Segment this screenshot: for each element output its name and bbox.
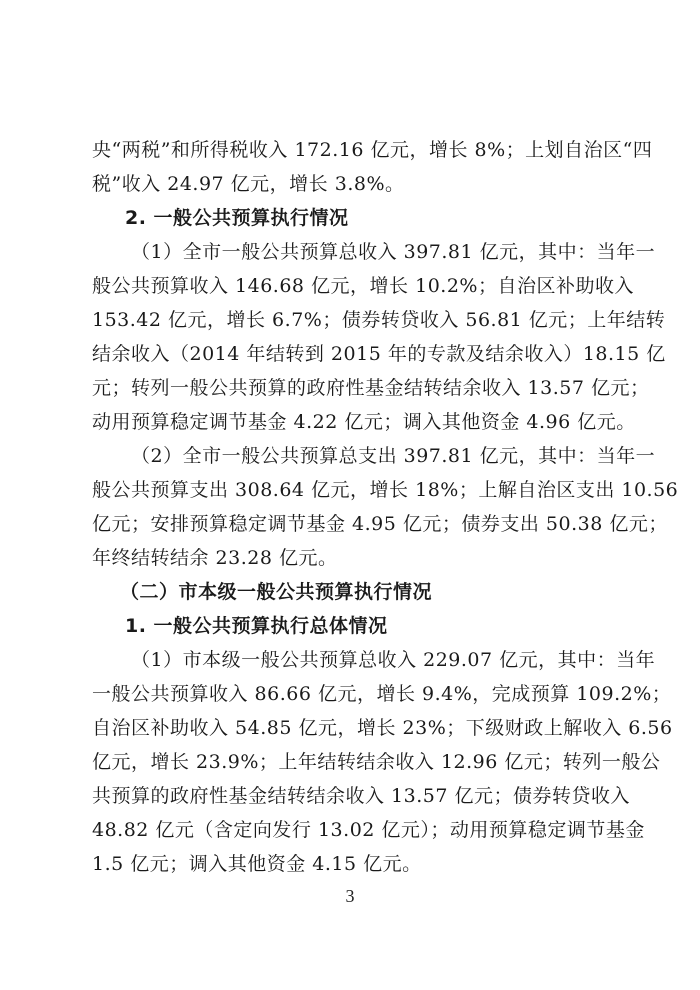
body-line: 税”收入 24.97 亿元，增长 3.8%。 (92, 167, 610, 201)
paragraph-start-line: （1）全市一般公共预算总收入 397.81 亿元，其中：当年一 (131, 235, 610, 269)
body-line: 1.5 亿元；调入其他资金 4.15 亿元。 (92, 847, 610, 881)
body-line: 结余收入（2014 年结转到 2015 年的专款及结余收入）18.15 亿 (92, 337, 610, 371)
body-line: 48.82 亿元（含定向发行 13.02 亿元）；动用预算稳定调节基金 (92, 813, 610, 847)
body-line: 元；转列一般公共预算的政府性基金结转结余收入 13.57 亿元； (92, 371, 610, 405)
body-line: 153.42 亿元，增长 6.7%；债券转贷收入 56.81 亿元；上年结转 (92, 303, 610, 337)
body-line: 般公共预算收入 146.68 亿元，增长 10.2%；自治区补助收入 (92, 269, 610, 303)
section-heading: （二）市本级一般公共预算执行情况 (120, 575, 540, 609)
body-line: 年终结转结余 23.28 亿元。 (92, 541, 610, 575)
paragraph-start-line: （2）全市一般公共预算总支出 397.81 亿元，其中：当年一 (131, 439, 610, 473)
body-line: 亿元；安排预算稳定调节基金 4.95 亿元；债券支出 50.38 亿元； (92, 507, 610, 541)
paragraph-start-line: （1）市本级一般公共预算总收入 229.07 亿元，其中：当年 (131, 643, 610, 677)
page-number: 3 (0, 886, 700, 907)
subsection-heading: 1. 一般公共预算执行总体情况 (125, 609, 545, 643)
subsection-heading: 2. 一般公共预算执行情况 (125, 201, 545, 235)
body-line: 自治区补助收入 54.85 亿元，增长 23%；下级财政上解收入 6.56 (92, 711, 610, 745)
body-line: 一般公共预算收入 86.66 亿元，增长 9.4%，完成预算 109.2%； (92, 677, 610, 711)
body-line: 动用预算稳定调节基金 4.22 亿元；调入其他资金 4.96 亿元。 (92, 405, 610, 439)
body-line: 共预算的政府性基金结转结余收入 13.57 亿元；债券转贷收入 (92, 779, 610, 813)
document-page: 央“两税”和所得税收入 172.16 亿元，增长 8%；上划自治区“四 税”收入… (0, 0, 700, 990)
body-line: 般公共预算支出 308.64 亿元，增长 18%；上解自治区支出 10.56 (92, 473, 610, 507)
body-line: 央“两税”和所得税收入 172.16 亿元，增长 8%；上划自治区“四 (92, 133, 610, 167)
body-line: 亿元，增长 23.9%；上年结转结余收入 12.96 亿元；转列一般公 (92, 745, 610, 779)
